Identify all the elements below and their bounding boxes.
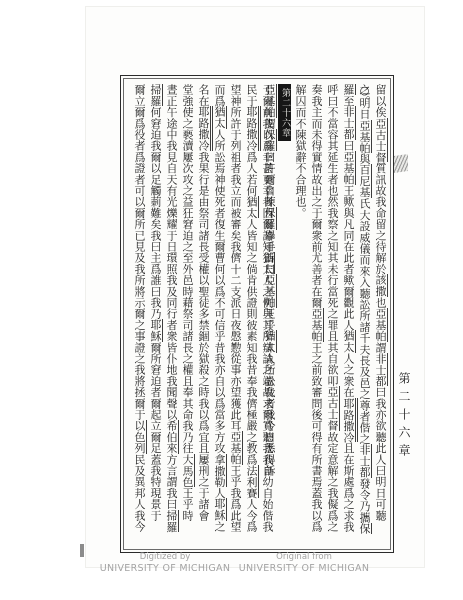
proper-name-mark: 亞古士督 bbox=[326, 386, 340, 431]
ink-speck bbox=[80, 544, 84, 557]
text-run: 王歟與凡同在此者歟爾觀此人 bbox=[342, 185, 355, 331]
proper-name-mark: 猶太 bbox=[261, 252, 275, 274]
vertical-text-block: 留以俟亞古士督質訊故我命留之待解於該撒也亞基帕謂非士都曰我亦欲聽此人曰明日可聽之… bbox=[130, 84, 388, 540]
text-column: 爾立爾爲役者爲證者可以爾所已見及我所將示爾之事證之我將拯爾于以色列民及異邦人我今 bbox=[131, 84, 147, 540]
text-run: 發令乃攜 bbox=[358, 478, 371, 523]
proper-name-mark: 非士都 bbox=[342, 106, 356, 140]
proper-name-mark: 希伯來 bbox=[165, 420, 179, 454]
text-column: 堂強使之褻瀆屢次攻之益狂窘迫之至外邑時藉祭司諸長之權且奉其命我乃往大馬色王乎時 bbox=[179, 84, 195, 540]
text-run: 人 bbox=[213, 487, 226, 498]
chapter-margin-label: 第二十六章 bbox=[396, 372, 413, 472]
proper-name-mark: 耶穌 bbox=[149, 319, 163, 341]
proper-name-mark: 以色列 bbox=[133, 420, 147, 454]
proper-name-mark: 耶路撒冷 bbox=[197, 106, 213, 151]
proper-name-mark: 亞基帕 bbox=[374, 308, 388, 342]
proper-name-mark: 大馬色 bbox=[181, 454, 195, 488]
proper-name-mark: 保 bbox=[358, 523, 372, 534]
proper-name-mark: 亞基帕 bbox=[310, 308, 324, 342]
proper-name-mark: 猶太 bbox=[213, 106, 227, 128]
text-run: 至 bbox=[342, 95, 355, 106]
text-column: 于爾前我以爲幸甚更幸者因爾諳知猶太人之例與其所辯論之端故求爾寬聽我我自幼自始偕我 bbox=[259, 84, 275, 540]
text-column: 奏我主而未得實情故出之于爾衆前尤善者在爾亞基帕王之前致審問後可得有所書焉蓋我以爲 bbox=[308, 84, 324, 540]
text-run: 氏大設威儀而來入聽訟所諸千夫長及邑之尊者偕之 bbox=[358, 198, 371, 444]
text-run: 名在 bbox=[197, 84, 210, 106]
proper-name-mark: 該撒 bbox=[374, 274, 388, 296]
printed-border-frame: 留以俟亞古士督質訊故我命留之待解於該撒也亞基帕謂非士都曰我亦欲聽此人曰明日可聽之… bbox=[120, 75, 394, 553]
text-run: 奏我主而未得實情故出之于爾衆前尤善者在爾 bbox=[310, 84, 323, 308]
proper-name-mark: 非士都 bbox=[358, 444, 372, 478]
text-column: 第二十六章亞基帕謂保羅曰許爾自陳保羅擧手訴曰亞基帕王乎猶太人所訟我者我今日悉得訴 bbox=[275, 84, 291, 540]
text-run: 也 bbox=[374, 297, 387, 308]
watermark-line: Original from bbox=[228, 552, 380, 563]
text-run: 望神所許于列祖者我立而被審矣我儕十二支派日夜慇懃從事亦望獲此耳 bbox=[229, 84, 242, 431]
text-column: 民于耶路撒冷爲人若何猶太人皆知之倘肯供證則彼素知我昔奉我儕極嚴之教爲法利賽人今爲 bbox=[243, 84, 259, 540]
proper-name-mark: 亞基帕 bbox=[358, 120, 372, 154]
text-run: 質訊故我命留之待解於 bbox=[374, 162, 387, 274]
text-run: 曰 bbox=[342, 140, 355, 151]
proper-name-mark: 耶路撒冷 bbox=[342, 398, 358, 443]
watermark-digitized-by: Digitized by UNIVERSITY OF MICHIGAN bbox=[95, 552, 235, 574]
text-run: ○明日 bbox=[358, 84, 371, 120]
text-column: 名在耶路撒冷我果行是由祭司諸長受權以聖徒多禁錮於獄殺之時我以爲宜且屢刑之于諸會 bbox=[195, 84, 211, 540]
proper-name-mark: 羅 bbox=[342, 84, 356, 95]
scanned-book-page: { "page": { "margin_chapter_label": "第二十… bbox=[0, 0, 463, 600]
text-run: 人所訟焉神使死者復生爾曹何以爲不可信乎昔我亦自以爲當多方攻 bbox=[213, 129, 226, 454]
watermark-line: UNIVERSITY OF MICHIGAN bbox=[228, 563, 380, 574]
text-column: 掃羅何窘迫我爾以足觸莿難矣我曰主爲誰曰我乃耶穌爾所窘迫者爾起立爾足蓋我特現景于 bbox=[147, 84, 163, 540]
text-column: 呼曰不當容其延生者也然我察之知其未行當死之罪且其自欲叩亞古士督故定意解之我儗爲之 bbox=[324, 84, 340, 540]
proper-name-mark: 拿撒勒 bbox=[213, 454, 227, 488]
proper-name-mark: 猶太 bbox=[245, 196, 259, 218]
text-run: 人今爲 bbox=[245, 498, 258, 532]
text-run: 堂強使之褻瀆屢次攻之益狂窘迫之至外邑時藉祭司諸長之權且奉其命我乃往 bbox=[181, 84, 194, 454]
text-run: 與 bbox=[358, 153, 371, 164]
text-run: 我果行是由祭司諸長受權以聖徒多禁錮於獄殺之時我以爲宜且屢刑之于諸會 bbox=[197, 151, 210, 521]
text-column: 晝正午途中我見自天有光爍耀于日環照我及同行者衆皆仆地我聞聲以希伯來方言謂我曰掃羅 bbox=[163, 84, 179, 540]
text-run: 爾所窘迫者爾起立爾足蓋我特現景于 bbox=[149, 342, 162, 521]
text-run: 故定意解之我儗爲之 bbox=[326, 431, 339, 532]
text-run: 留以俟 bbox=[374, 84, 387, 118]
text-run: 何窘迫我爾以足觸莿難矣我曰主爲誰曰我乃 bbox=[149, 106, 162, 319]
proper-name-mark: 猶太 bbox=[342, 330, 356, 352]
proper-name-mark: 百尼基 bbox=[358, 164, 372, 198]
text-run: 人皆知之倘肯供證則彼素知我昔奉我儕極嚴之教爲 bbox=[245, 218, 258, 464]
text-run: 且在斯處爲之求我 bbox=[342, 442, 355, 532]
proper-name-mark: 掃羅 bbox=[149, 84, 163, 106]
proper-name-mark: 亞基帕 bbox=[229, 431, 243, 465]
text-run: 而爲 bbox=[213, 84, 226, 106]
text-run: 王乎時 bbox=[181, 487, 194, 521]
text-column: 解囚而不陳獄辭不合理也。 bbox=[292, 84, 308, 540]
text-column: 而爲猶太人所訟焉神使死者復生爾曹何以爲不可信乎昔我亦自以爲當多方攻拿撒勒人耶穌之 bbox=[211, 84, 227, 540]
text-run: 爲人若何 bbox=[245, 151, 258, 196]
chapter-cartouche: 第二十六章 bbox=[278, 84, 291, 141]
text-run: 于爾前我以爲幸甚更幸者因爾諳知 bbox=[261, 84, 274, 252]
watermark-line: UNIVERSITY OF MICHIGAN bbox=[95, 563, 235, 574]
proper-name-mark: 亞古士督 bbox=[374, 118, 388, 163]
text-run: 謂 bbox=[374, 342, 387, 353]
text-run: 民于 bbox=[245, 84, 258, 106]
text-run: 解囚而不陳獄辭不合理也。 bbox=[294, 84, 307, 218]
text-run: 民及異邦人我今 bbox=[133, 454, 146, 532]
text-column: 望神所許于列祖者我立而被審矣我儕十二支派日夜慇懃從事亦望獲此耳亞基帕王乎我爲此望 bbox=[227, 84, 243, 540]
text-run: 人之例與其所辯論之端故求爾寬聽我我自幼自始偕我 bbox=[261, 274, 274, 532]
text-run: 晝正午途中我見自天有光爍耀于日環照我及同行者衆皆仆地我聞聲以 bbox=[165, 84, 178, 420]
watermark-line: Digitized by bbox=[95, 552, 235, 563]
proper-name-mark: 亞基帕 bbox=[342, 151, 356, 185]
text-run: 呼曰不當容其延生者也然我察之知其未行當死之罪且其自欲叩 bbox=[326, 84, 339, 386]
watermark-original-from: Original from UNIVERSITY OF MICHIGAN bbox=[228, 552, 380, 574]
margin-stamp-mark bbox=[394, 154, 408, 173]
text-run: 王乎我爲此望 bbox=[229, 465, 242, 532]
proper-name-mark: 法利賽 bbox=[245, 465, 259, 499]
text-run: 人之衆在 bbox=[342, 353, 355, 398]
proper-name-mark: 耶穌 bbox=[213, 498, 227, 520]
proper-name-mark: 非士都 bbox=[374, 353, 388, 387]
text-run: 之 bbox=[213, 521, 226, 532]
proper-name-mark: 耶路撒冷 bbox=[245, 106, 261, 151]
text-column: 留以俟亞古士督質訊故我命留之待解於該撒也亞基帕謂非士都曰我亦欲聽此人曰明日可聽之… bbox=[372, 84, 388, 540]
proper-name-mark: 掃羅 bbox=[165, 510, 179, 532]
text-column: 羅至非士都曰亞基帕王歟與凡同在此者歟爾觀此人猶太人之衆在耶路撒冷且在斯處爲之求我 bbox=[340, 84, 356, 540]
text-run: 王之前致審問後可得有所書焉蓋我以爲 bbox=[310, 342, 323, 532]
text-column: ○明日亞基帕與百尼基氏大設威儀而來入聽訟所諸千夫長及邑之尊者偕之非士都發令乃攜保 bbox=[356, 84, 372, 540]
text-run: 爾立爾爲役者爲證者可以爾所已見及我所將示爾之事證之我將拯爾于 bbox=[133, 84, 146, 420]
text-run: 方言謂我曰 bbox=[165, 454, 178, 510]
